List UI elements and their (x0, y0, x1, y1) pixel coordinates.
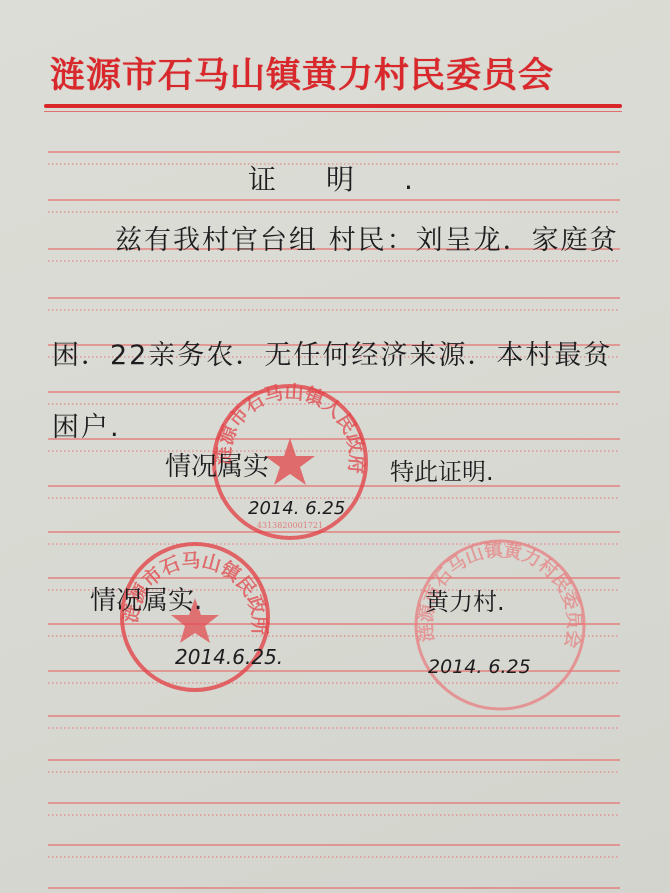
stamp-number: 4313820001721 (257, 521, 323, 530)
body-line: 兹有我村官台组 村民：刘呈龙．家庭贫 (115, 218, 619, 257)
village-date: 2014. 6.25 (428, 656, 531, 678)
document-heading: 证明. (248, 158, 463, 198)
letterhead-rule (44, 104, 622, 108)
government-date: 2014. 6.25 (248, 498, 345, 519)
body-line: 困户. (52, 405, 121, 444)
civil-affairs-stamp: 涟源市石马山镇民政所 (118, 540, 272, 694)
body-line: 困．22亲务农．无任何经济来源．本村最贫 (52, 333, 612, 372)
village-signature: 黄力村. (425, 582, 505, 617)
village-committee-stamp: 涟源市石马山镇黄力村民委员会 (412, 537, 588, 713)
letterhead-title: 涟源市石马山镇黄力村民委员会 (50, 48, 630, 98)
civil-affairs-date: 2014.6.25. (175, 645, 283, 669)
certification-text: 特此证明. (390, 452, 494, 487)
ruled-lines (0, 0, 670, 893)
letterhead-rule-thin (44, 111, 622, 112)
civil-affairs-remark: 情况属实. (90, 580, 202, 617)
government-remark: 情况属实 (165, 446, 269, 483)
